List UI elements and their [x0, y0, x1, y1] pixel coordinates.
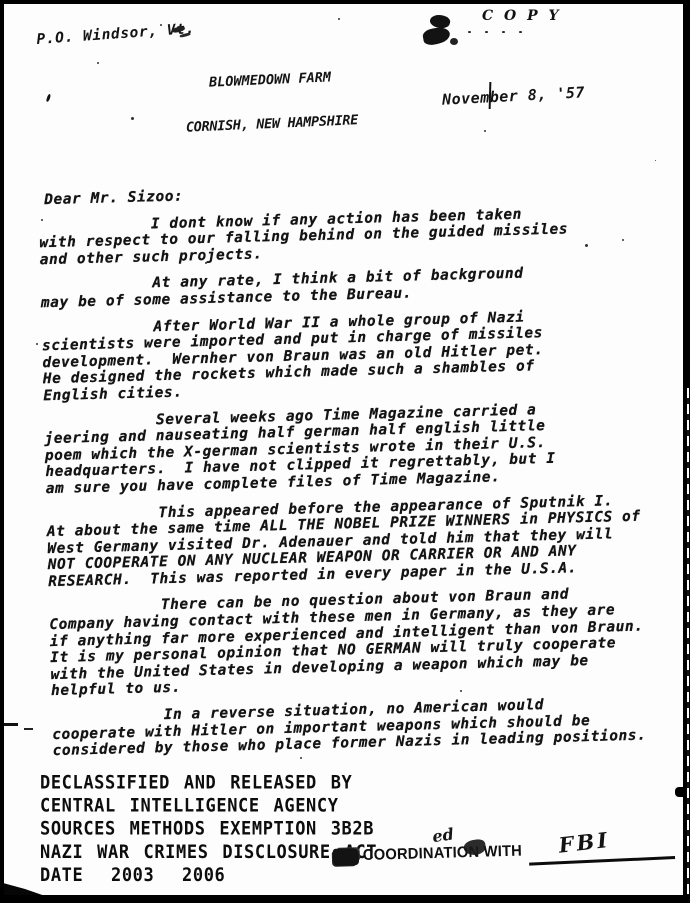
paragraph-1: I dont know if any action has been taken… [29, 202, 680, 269]
paragraph-7: In a reverse situation, no American woul… [42, 693, 690, 760]
date-line: November 8, '57 [442, 83, 586, 108]
scan-border-left [0, 0, 4, 903]
paragraph-6: There can be no question about von Braun… [39, 584, 690, 701]
letterhead: BLOWMEDOWN FARM CORNISH, NEW HAMPSHIRE [164, 39, 379, 164]
paragraph-5: This appeared before the appearance of S… [36, 491, 688, 591]
scan-edge-dashes [687, 388, 689, 895]
letter-body: Dear Mr. Sizoo: I dont know if any actio… [28, 176, 690, 771]
border-tick-mark [675, 787, 684, 797]
handwritten-fbi: FBI [557, 827, 611, 858]
letterhead-farm-name: BLOWMEDOWN FARM [165, 68, 375, 92]
letterhead-city: CORNISH, NEW HAMPSHIRE [167, 112, 377, 136]
text-line: DECLASSIFIED AND RELEASED BY [40, 772, 377, 795]
sender-location: P.O. Windsor, Vt. [36, 21, 195, 48]
paragraph-4: Several weeks ago Time Magazine carried … [34, 398, 686, 498]
text-line: DATE 2003 2006 [40, 864, 377, 887]
ink-blot [333, 848, 359, 866]
signature-line [529, 856, 675, 866]
coordination-label: COORDINATION WITH [363, 843, 523, 865]
scanned-letter-page: C O P Y P.O. Windsor, Vt. BLOWMEDOWN FAR… [0, 0, 690, 903]
ink-blob [423, 15, 461, 51]
text-line: NAZI WAR CRIMES DISCLOSURE ACT [40, 841, 377, 864]
margin-dash [2, 723, 18, 726]
declassification-stamp: DECLASSIFIED AND RELEASED BYCENTRAL INTE… [40, 772, 377, 888]
scan-border-bottom [0, 895, 690, 903]
copy-stamp-dots [468, 31, 522, 33]
handwritten-ed: ed [431, 824, 455, 846]
paragraph-2: At any rate, I think a bit of background… [30, 262, 681, 312]
margin-dash [24, 728, 33, 730]
scan-border-top [0, 0, 690, 4]
copy-stamp: C O P Y [482, 8, 561, 24]
coordination-stamp: COORDINATION WITH ed FBI [332, 832, 681, 884]
text-line: CENTRAL INTELLIGENCE AGENCY [40, 795, 377, 818]
paragraph-3: After World War II a whole group of Nazi… [31, 305, 683, 405]
text-line: SOURCES METHODS EXEMPTION 3B2B [40, 818, 377, 841]
